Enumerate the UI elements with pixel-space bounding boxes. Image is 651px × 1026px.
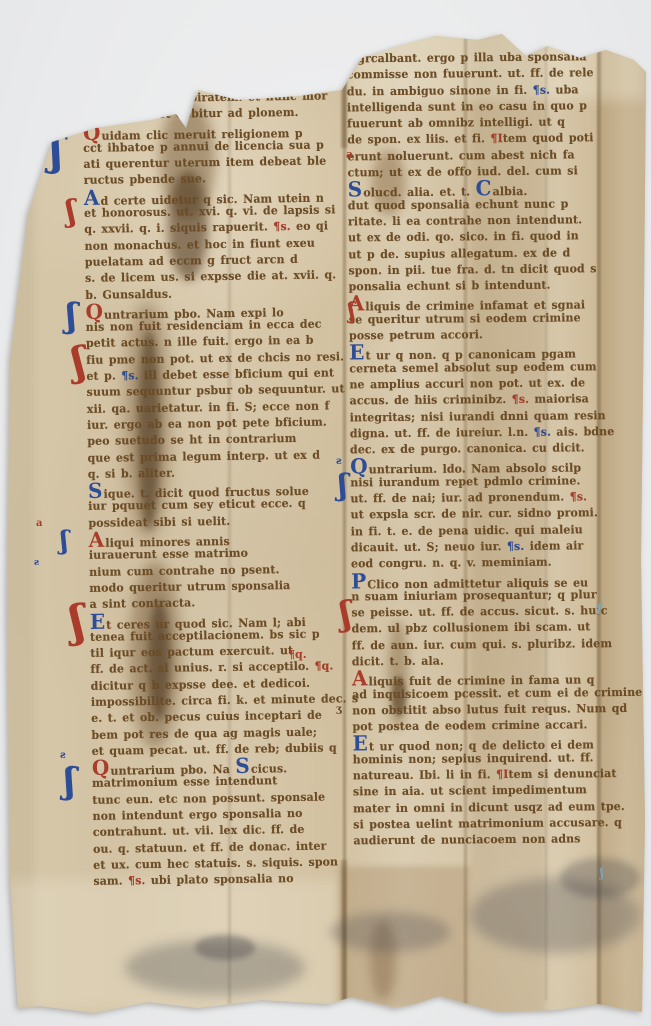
text-segment: tem si denunciat [508, 767, 616, 781]
text-segment: ¶s. [512, 393, 529, 407]
text-segment: se pmisse pat aspiratem. et nunc mor [82, 89, 327, 106]
text-segment: iur. ergo ab ea non pot pete bficium. [87, 415, 327, 432]
text-segment: eod congru. n. q. v. meminiam. [351, 555, 552, 570]
text-segment: ff. de aun. iur. cum qui. s. pluribz. id… [352, 636, 612, 652]
text-segment: erunt noluerunt. cum abest nich fa [347, 148, 574, 164]
text-segment: se peisse. ut. ff. de accus. sicut. s. h… [351, 604, 607, 620]
text-segment: xii. qa. uarietatur. in fi. S; ecce non … [87, 399, 330, 416]
smudge-bottom-left-dark [195, 935, 255, 960]
band-left-edge [0, 120, 34, 1020]
highlight-bottom-left [10, 880, 340, 1010]
margin-flourish: ʃ [47, 125, 66, 175]
text-segment: commisse non fuuerunt. ut. ff. de rele [347, 66, 594, 82]
crease-line-center [343, 58, 346, 1003]
text-segment: ponsalia echunt si b intendunt. [349, 278, 551, 293]
text-segment: iurauerunt esse matrimo [89, 547, 248, 563]
text-segment: suum sequuntur psbur ob sequuntur. ut [87, 382, 345, 399]
margin-flourish: ƨ [60, 750, 66, 761]
text-segment: ou. q. statuun. et ff. de donac. inter [93, 839, 327, 856]
text-segment: hominis non; sepius inquirend. ut. ff. [353, 751, 594, 767]
text-segment: iur pquuet cum sey eticut ecce. q [88, 497, 306, 514]
text-segment: puelatam ad eccm g fruct arcn d [85, 252, 298, 268]
text-segment: accus. de hiis criminibz. [350, 393, 512, 408]
text-segment: a sint contracta. [90, 596, 196, 611]
text-segment: ubi plato sponsalia no [145, 872, 293, 888]
margin-flourish: q [44, 121, 50, 131]
text-line: audierunt de nunciacoem non adns [353, 831, 641, 850]
text-segment: q. xxvii. q. i. siquis rapuerit. [84, 220, 273, 236]
text-segment: nisi iurandum repet pdmlo crimine. [350, 474, 580, 490]
text-segment: du. in ambiguo sinone in fi. [347, 83, 533, 98]
text-segment: et p. [86, 369, 121, 383]
text-segment: fuuerunt ab omnibz intelligi. ut q [347, 115, 565, 130]
text-segment: sigrcalbant. ergo p illa uba sponsalia [347, 50, 587, 66]
text-segment: audierunt de nunciacoem non adns [353, 832, 580, 848]
text-segment: n suam iniuriam prosequantur; q plur [351, 588, 597, 604]
text-segment: tenea fuit acceptilacionem. bs sic p [90, 627, 320, 644]
text-segment: se queritur utrum si eodem crimine [349, 311, 581, 327]
text-segment: que est prima legum interp. ut ex d [87, 448, 320, 465]
smudge-bottom-left [125, 940, 305, 995]
smudge-right [470, 878, 640, 953]
text-segment: intelligenda sunt in eo casu in quo p [347, 99, 587, 115]
margin-flourish: ʃ [337, 468, 349, 504]
text-segment: pot postea de eodem crimine accari. [352, 718, 587, 734]
text-segment: integritas; nisi iurandi dnni quam resin [350, 408, 606, 424]
text-segment: ¶s. [121, 369, 139, 383]
text-segment: ut ex de odi. qo. sico. in fi. quod in [348, 229, 579, 245]
margin-flourish: ʃ [65, 194, 77, 230]
text-segment: bem pot res de qua ag magis uale; [91, 725, 317, 742]
margin-flourish: ʃ [65, 296, 79, 337]
manuscript-leaf: se pmisse pat aspiratem. et nunc mordica… [0, 0, 651, 1026]
text-segment: sam. [93, 874, 128, 888]
text-segment: matrimonium esse intendunt [92, 774, 277, 790]
text-segment: eo qi [291, 219, 329, 233]
text-column-right: sigrcalbant. ergo p illa uba sponsaliaco… [347, 49, 642, 850]
text-segment: ¶s. [507, 539, 524, 553]
text-segment: tunc eun. etc non possunt. sponsale [92, 790, 325, 807]
text-segment: si postea uelint matrimonium accusare. q [353, 816, 622, 832]
text-segment: ¶I [496, 768, 508, 782]
margin-flourish: ʃ [59, 526, 69, 556]
text-segment: ais. bdne [551, 424, 614, 438]
text-segment: til iqur eos pactum exercuit. ut [90, 644, 293, 660]
text-line: sam. ¶s. ubi plato sponsalia no [93, 870, 343, 890]
margin-flourish: ʃ [62, 760, 78, 803]
text-segment: dicauit. ut. S; neuo iur. [351, 540, 507, 555]
text-segment: posse petrum accori. [349, 328, 483, 343]
text-segment: ad inquisicoem pcessit. et cum ei de cri… [352, 685, 642, 701]
text-segment: ¶s. [128, 874, 146, 888]
text-segment: idem air [524, 539, 583, 553]
text-segment: de spon. ex liis. et fi. [347, 132, 490, 147]
text-segment: et quam pecat. ut. ff. de reb; dubiis q [92, 741, 337, 758]
margin-flourish: ʃ [600, 866, 604, 880]
text-segment: ut expsla scr. de nir. cur. sidno promi. [351, 506, 598, 522]
text-segment: ¶s. [533, 83, 550, 97]
margin-flourish: ƨ [34, 558, 39, 568]
text-segment: ¶s. [534, 425, 551, 439]
text-segment: possideat sibi si uelit. [88, 514, 230, 529]
text-segment: modo queritur utrum sponsalia [89, 579, 290, 595]
text-segment: ¶s. [570, 490, 587, 504]
smudge-center [330, 912, 450, 952]
text-segment: e. t. et ob. pecus cuius inceptari de [91, 708, 322, 725]
text-segment: non intendunt ergo sponsalia no [92, 807, 302, 823]
text-segment: ¶s. [273, 220, 291, 234]
patch-bottom-center [338, 866, 470, 1008]
text-segment: in fi. t. e. de pena uidic. qui maleiu [351, 523, 583, 539]
text-segment: ructus pbende sue. [84, 172, 206, 187]
text-segment: nium cum contrahe no psent. [89, 562, 279, 578]
text-segment: dut quod sponsalia echunt nunc p [348, 197, 569, 212]
text-segment: ne amplius accuri non pot. ut ex. de [349, 376, 585, 392]
text-segment: ff. de act. si unius. r. si acceptilo. [90, 660, 314, 677]
text-segment: uba [550, 83, 579, 97]
text-segment: peo suetudo se ht in contrarium [87, 432, 296, 448]
stain-bottom-mid [370, 920, 396, 1000]
text-segment: cct ihbatoe p annui de licencia sua p [83, 138, 324, 155]
text-segment: maiorisa [529, 392, 589, 406]
text-segment: mater in omni in dicunt usqz ad eum tpe. [353, 799, 625, 815]
text-segment: s. de licem us. si expsse die at. xvii. … [85, 268, 336, 285]
text-segment: ut. ff. de nai; iur. ad pronendum. [350, 490, 569, 505]
text-segment: petit actus. n ille fuit. ergo in ea b [86, 334, 314, 351]
leaf-shadow-wrap: se pmisse pat aspiratem. et nunc mordica… [0, 0, 651, 1026]
text-segment: sine in aia. ut scient impedimentum [353, 783, 587, 799]
text-segment: ¶q. [314, 659, 333, 673]
text-segment: ctum; ut ex de offo iud. del. cum si [348, 164, 578, 180]
text-segment: ut p de. supius allegatum. ex de d [348, 246, 570, 261]
text-segment: dem. ul pbz collusionem ibi scam. ut [352, 620, 591, 636]
text-segment: digna. ut. ff. de iureiur. l.n. [350, 425, 534, 440]
margin-flourish: ʃ [68, 595, 87, 647]
smudge-right-dark [560, 858, 640, 898]
text-segment: contrahunt. ut. vii. lex dic. ff. de [93, 823, 305, 839]
text-segment: cerneta semel absolut sup eodem cum [349, 359, 596, 375]
text-segment: non monachus. et hoc in fiunt exeu [84, 236, 315, 253]
text-segment: natureau. Ibi. li in fi. [353, 768, 496, 783]
manuscript-photo: se pmisse pat aspiratem. et nunc mordica… [0, 0, 651, 1026]
text-segment: et ux. cum hec statuis. s. siquis. spon [93, 855, 338, 872]
margin-flourish: ʃ [70, 337, 88, 385]
text-segment: dicitur q b expsse dee. et dedicoi. [91, 676, 310, 693]
text-segment: fiu pme non pot. ut ex de chcis no resi. [86, 350, 344, 367]
text-segment: tem quod poti [503, 131, 594, 145]
margin-flourish: a [36, 518, 42, 529]
text-segment: ¶I [490, 132, 502, 146]
text-segment: dec. ex de purgo. canonica. cu dicit. [350, 441, 585, 457]
text-segment: ritate. li ea contrahe non intendunt. [348, 213, 582, 229]
text-segment: dicat placo et debitur ad plonem. [83, 106, 299, 123]
text-segment: spon. in pii. tue fra. d. tn dicit quod … [348, 262, 596, 278]
text-segment: non obstitit abso lutus fuit requs. Num … [352, 701, 627, 717]
text-column-left: se pmisse pat aspiratem. et nunc mordica… [82, 88, 343, 890]
text-segment: ill debet esse bficium qui ent [139, 366, 335, 382]
